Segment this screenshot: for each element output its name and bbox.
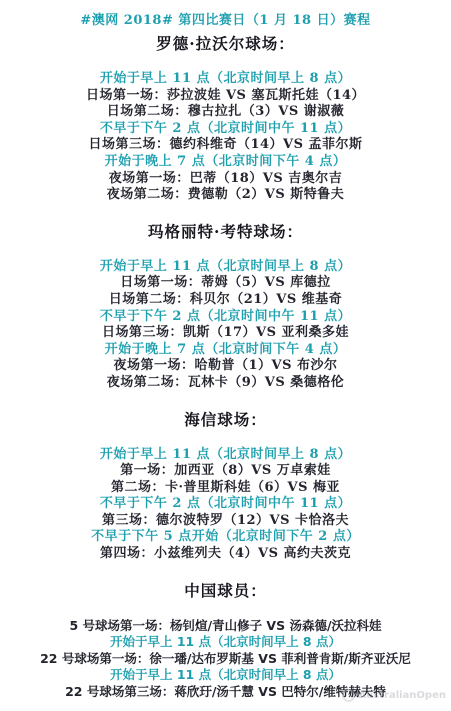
match-line: 第二场：卡·普里斯科娃（6）VS 梅亚	[0, 480, 451, 497]
start-time-line: 开始于早上 11 点（北京时间早上 8 点）	[0, 447, 451, 464]
match-line: 第三场：德尔波特罗（12）VS 卡恰洛夫	[0, 513, 451, 530]
match-line: 5 号球场第一场：杨钊煊/青山修子 VS 汤森德/沃拉科娃	[0, 618, 451, 635]
schedule-document: #澳网 2018# 第四比赛日（1 月 18 日）赛程 罗德·拉沃尔球场： 开始…	[0, 0, 451, 701]
start-time-line: 开始于早上 11 点（北京时间早上 8 点）	[0, 634, 451, 651]
start-time-line: 开始于早上 11 点（北京时间早上 8 点）	[0, 71, 451, 88]
match-line: 夜场第一场：巴蒂（18）VS 吉奥尔吉	[0, 171, 451, 188]
start-time-line: 不早于下午 2 点（北京时间中午 11 点）	[0, 496, 451, 513]
start-time-line: 不早于下午 2 点（北京时间中午 11 点）	[0, 309, 451, 326]
page-title: #澳网 2018# 第四比赛日（1 月 18 日）赛程	[0, 12, 451, 29]
section-margaret-court-arena: 玛格丽特·考特球场： 开始于早上 11 点（北京时间早上 8 点） 日场第一场：…	[0, 222, 451, 392]
arena-header: 罗德·拉沃尔球场：	[0, 34, 451, 54]
match-line: 日场第一场：莎拉波娃 VS 塞瓦斯托娃（14）	[0, 88, 451, 105]
match-line: 日场第二场：科贝尔（21）VS 维基奇	[0, 292, 451, 309]
section-hisense-arena: 海信球场： 开始于早上 11 点（北京时间早上 8 点） 第一场：加西亚（8）V…	[0, 410, 451, 563]
section-rod-laver-arena: 罗德·拉沃尔球场： 开始于早上 11 点（北京时间早上 8 点） 日场第一场：莎…	[0, 34, 451, 204]
match-line: 夜场第一场：哈勒普（1）VS 布沙尔	[0, 358, 451, 375]
match-line: 日场第一场：蒂姆（5）VS 库德拉	[0, 275, 451, 292]
arena-header: 中国球员：	[0, 581, 451, 601]
match-line: 22 号球场第一场：徐一璠/达布罗斯基 VS 菲利普肯斯/斯齐亚沃尼	[0, 651, 451, 668]
arena-header: 玛格丽特·考特球场：	[0, 222, 451, 242]
match-line: 日场第三场：德约科维奇（14）VS 孟菲尔斯	[0, 137, 451, 154]
start-time-line: 不早于下午 2 点（北京时间中午 11 点）	[0, 121, 451, 138]
match-line: 夜场第二场：瓦林卡（9）VS 桑德格伦	[0, 375, 451, 392]
match-line: 22 号球场第三场：蒋欣玗/汤千慧 VS 巴特尔/维特赫夫特	[0, 684, 451, 701]
start-time-line: 开始于早上 11 点（北京时间早上 8 点）	[0, 667, 451, 684]
start-time-line: 开始于早上 11 点（北京时间早上 8 点）	[0, 259, 451, 276]
match-line: 第四场：小兹维列夫（4）VS 高约夫茨克	[0, 546, 451, 563]
start-time-line: 开始于晚上 7 点（北京时间下午 4 点）	[0, 154, 451, 171]
match-line: 日场第三场：凯斯（17）VS 亚利桑多娃	[0, 325, 451, 342]
arena-header: 海信球场：	[0, 410, 451, 430]
section-chinese-players: 中国球员： 5 号球场第一场：杨钊煊/青山修子 VS 汤森德/沃拉科娃 开始于早…	[0, 581, 451, 701]
match-line: 第一场：加西亚（8）VS 万卓索娃	[0, 463, 451, 480]
start-time-line: 开始于晚上 7 点（北京时间下午 4 点）	[0, 342, 451, 359]
start-time-line: 不早于下午 5 点开始（北京时间下午 2 点）	[0, 529, 451, 546]
match-line: 日场第二场：穆古拉扎（3）VS 谢淑薇	[0, 104, 451, 121]
match-line: 夜场第二场：费德勒（2）VS 斯特鲁夫	[0, 187, 451, 204]
